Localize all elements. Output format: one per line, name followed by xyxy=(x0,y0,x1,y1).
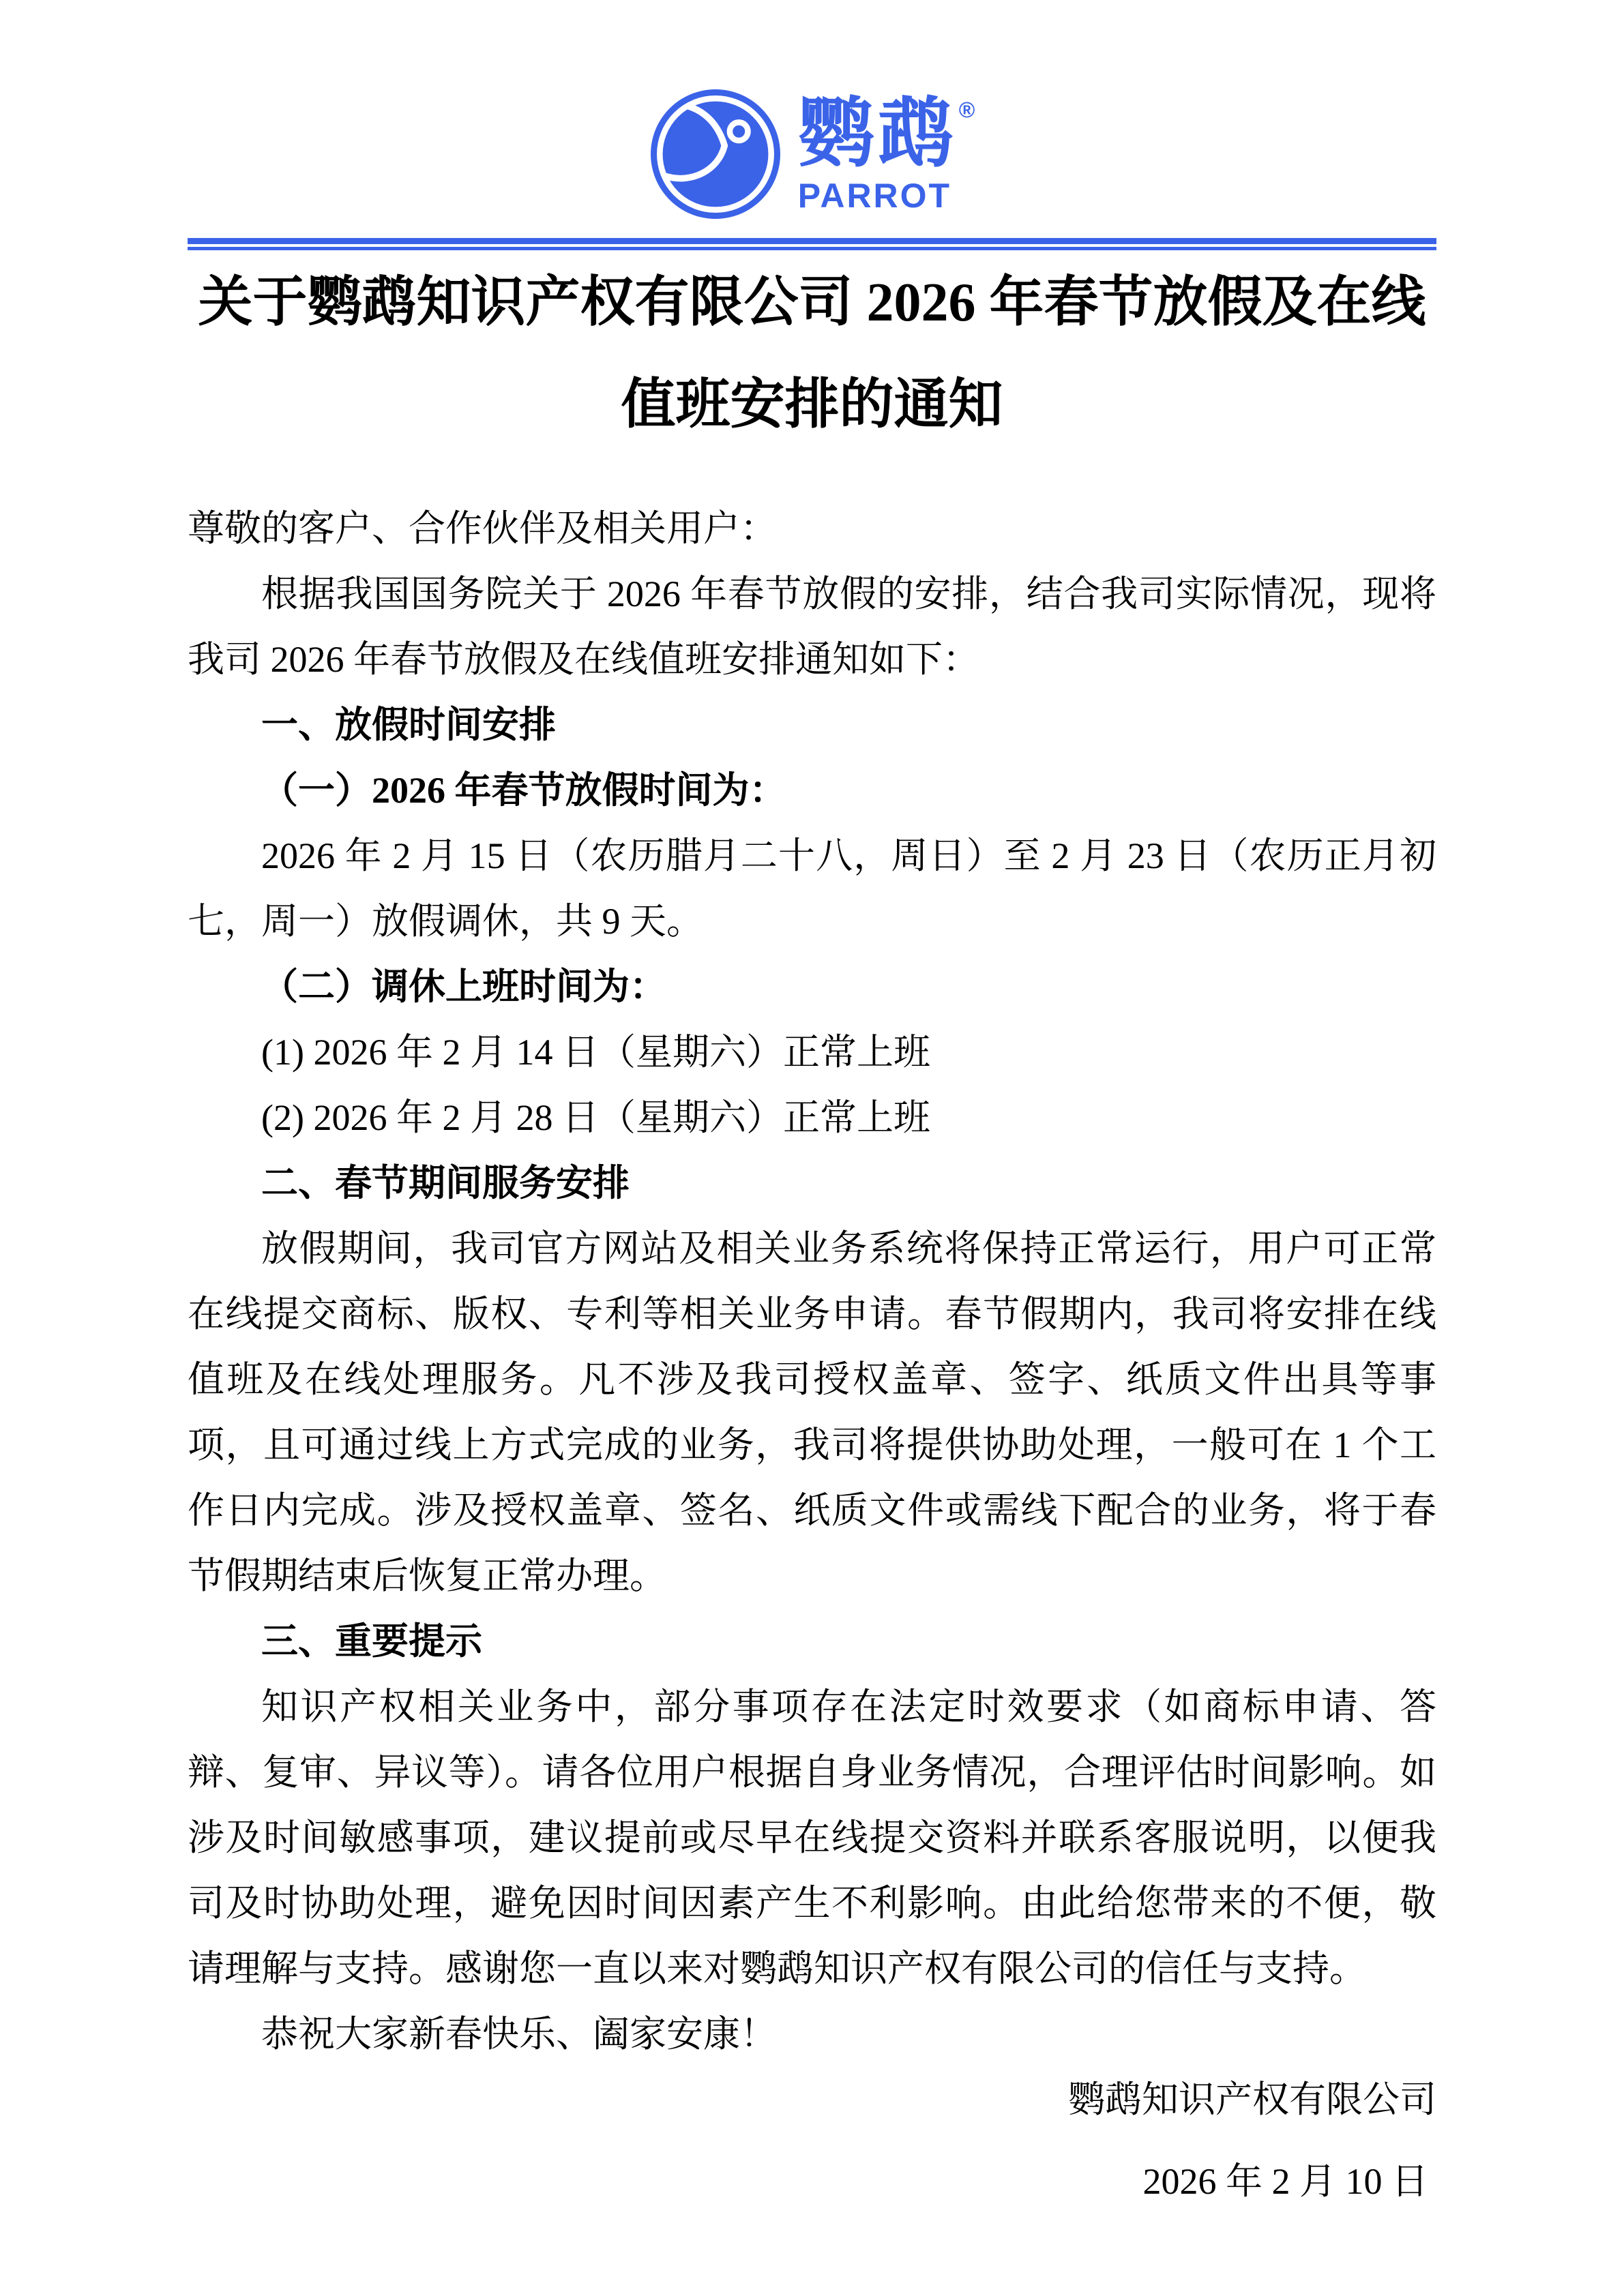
important-notice-paragraph: 知识产权相关业务中，部分事项存在法定时效要求（如商标申请、答辩、复审、异议等）。… xyxy=(188,1674,1436,2001)
divider-thick-rule xyxy=(188,238,1436,244)
section-1-1-heading: （一）2026 年春节放假时间为： xyxy=(188,758,1436,823)
logo-cn-text: 鹦鹉® xyxy=(798,95,974,172)
logo-en-text: PARROT xyxy=(798,179,951,213)
parrot-logo: 鹦鹉® PARROT xyxy=(0,89,1624,219)
parrot-head-icon xyxy=(651,89,780,219)
new-year-wishes-paragraph: 恭祝大家新春快乐、阖家安康！ xyxy=(188,2001,1436,2067)
signature-block: 鹦鹉知识产权有限公司 2026 年 2 月 10 日 xyxy=(188,2067,1436,2214)
workday-item-1: (1) 2026 年 2 月 14 日（星期六）正常上班 xyxy=(188,1019,1436,1085)
logo-cn-characters: 鹦鹉 xyxy=(798,91,958,176)
signature-company: 鹦鹉知识产权有限公司 xyxy=(188,2067,1436,2132)
section-3-heading: 三、重要提示 xyxy=(188,1609,1436,1674)
intro-paragraph: 根据我国国务院关于 2026 年春节放假的安排，结合我司实际情况，现将我司 20… xyxy=(188,561,1436,692)
section-1-heading: 一、放假时间安排 xyxy=(188,692,1436,758)
section-1-2-heading: （二）调休上班时间为： xyxy=(188,954,1436,1019)
divider-thin-rule xyxy=(188,247,1436,250)
section-2-heading: 二、春节期间服务安排 xyxy=(188,1150,1436,1216)
notice-body: 尊敬的客户、合作伙伴及相关用户： 根据我国国务院关于 2026 年春节放假的安排… xyxy=(188,496,1436,2214)
workday-item-2: (2) 2026 年 2 月 28 日（星期六）正常上班 xyxy=(188,1085,1436,1150)
notice-title: 关于鹦鹉知识产权有限公司 2026 年春节放假及在线 值班安排的通知 xyxy=(0,252,1624,456)
salutation: 尊敬的客户、合作伙伴及相关用户： xyxy=(188,496,1436,561)
notice-title-line1: 关于鹦鹉知识产权有限公司 2026 年春节放假及在线 xyxy=(198,273,1426,333)
holiday-dates-paragraph: 2026 年 2 月 15 日（农历腊月二十八，周日）至 2 月 23 日（农历… xyxy=(188,823,1436,954)
logo-text-block: 鹦鹉® PARROT xyxy=(798,95,974,213)
service-arrangement-paragraph: 放假期间，我司官方网站及相关业务系统将保持正常运行，用户可正常在线提交商标、版权… xyxy=(188,1216,1436,1609)
header: 鹦鹉® PARROT xyxy=(0,0,1624,250)
notice-title-line2: 值班安排的通知 xyxy=(621,375,1003,435)
notice-document-page: 鹦鹉® PARROT 关于鹦鹉知识产权有限公司 2026 年春节放假及在线 值班… xyxy=(0,0,1624,2296)
signature-date: 2026 年 2 月 10 日 xyxy=(188,2149,1436,2214)
header-divider xyxy=(188,238,1436,250)
registered-trademark-icon: ® xyxy=(959,98,975,122)
